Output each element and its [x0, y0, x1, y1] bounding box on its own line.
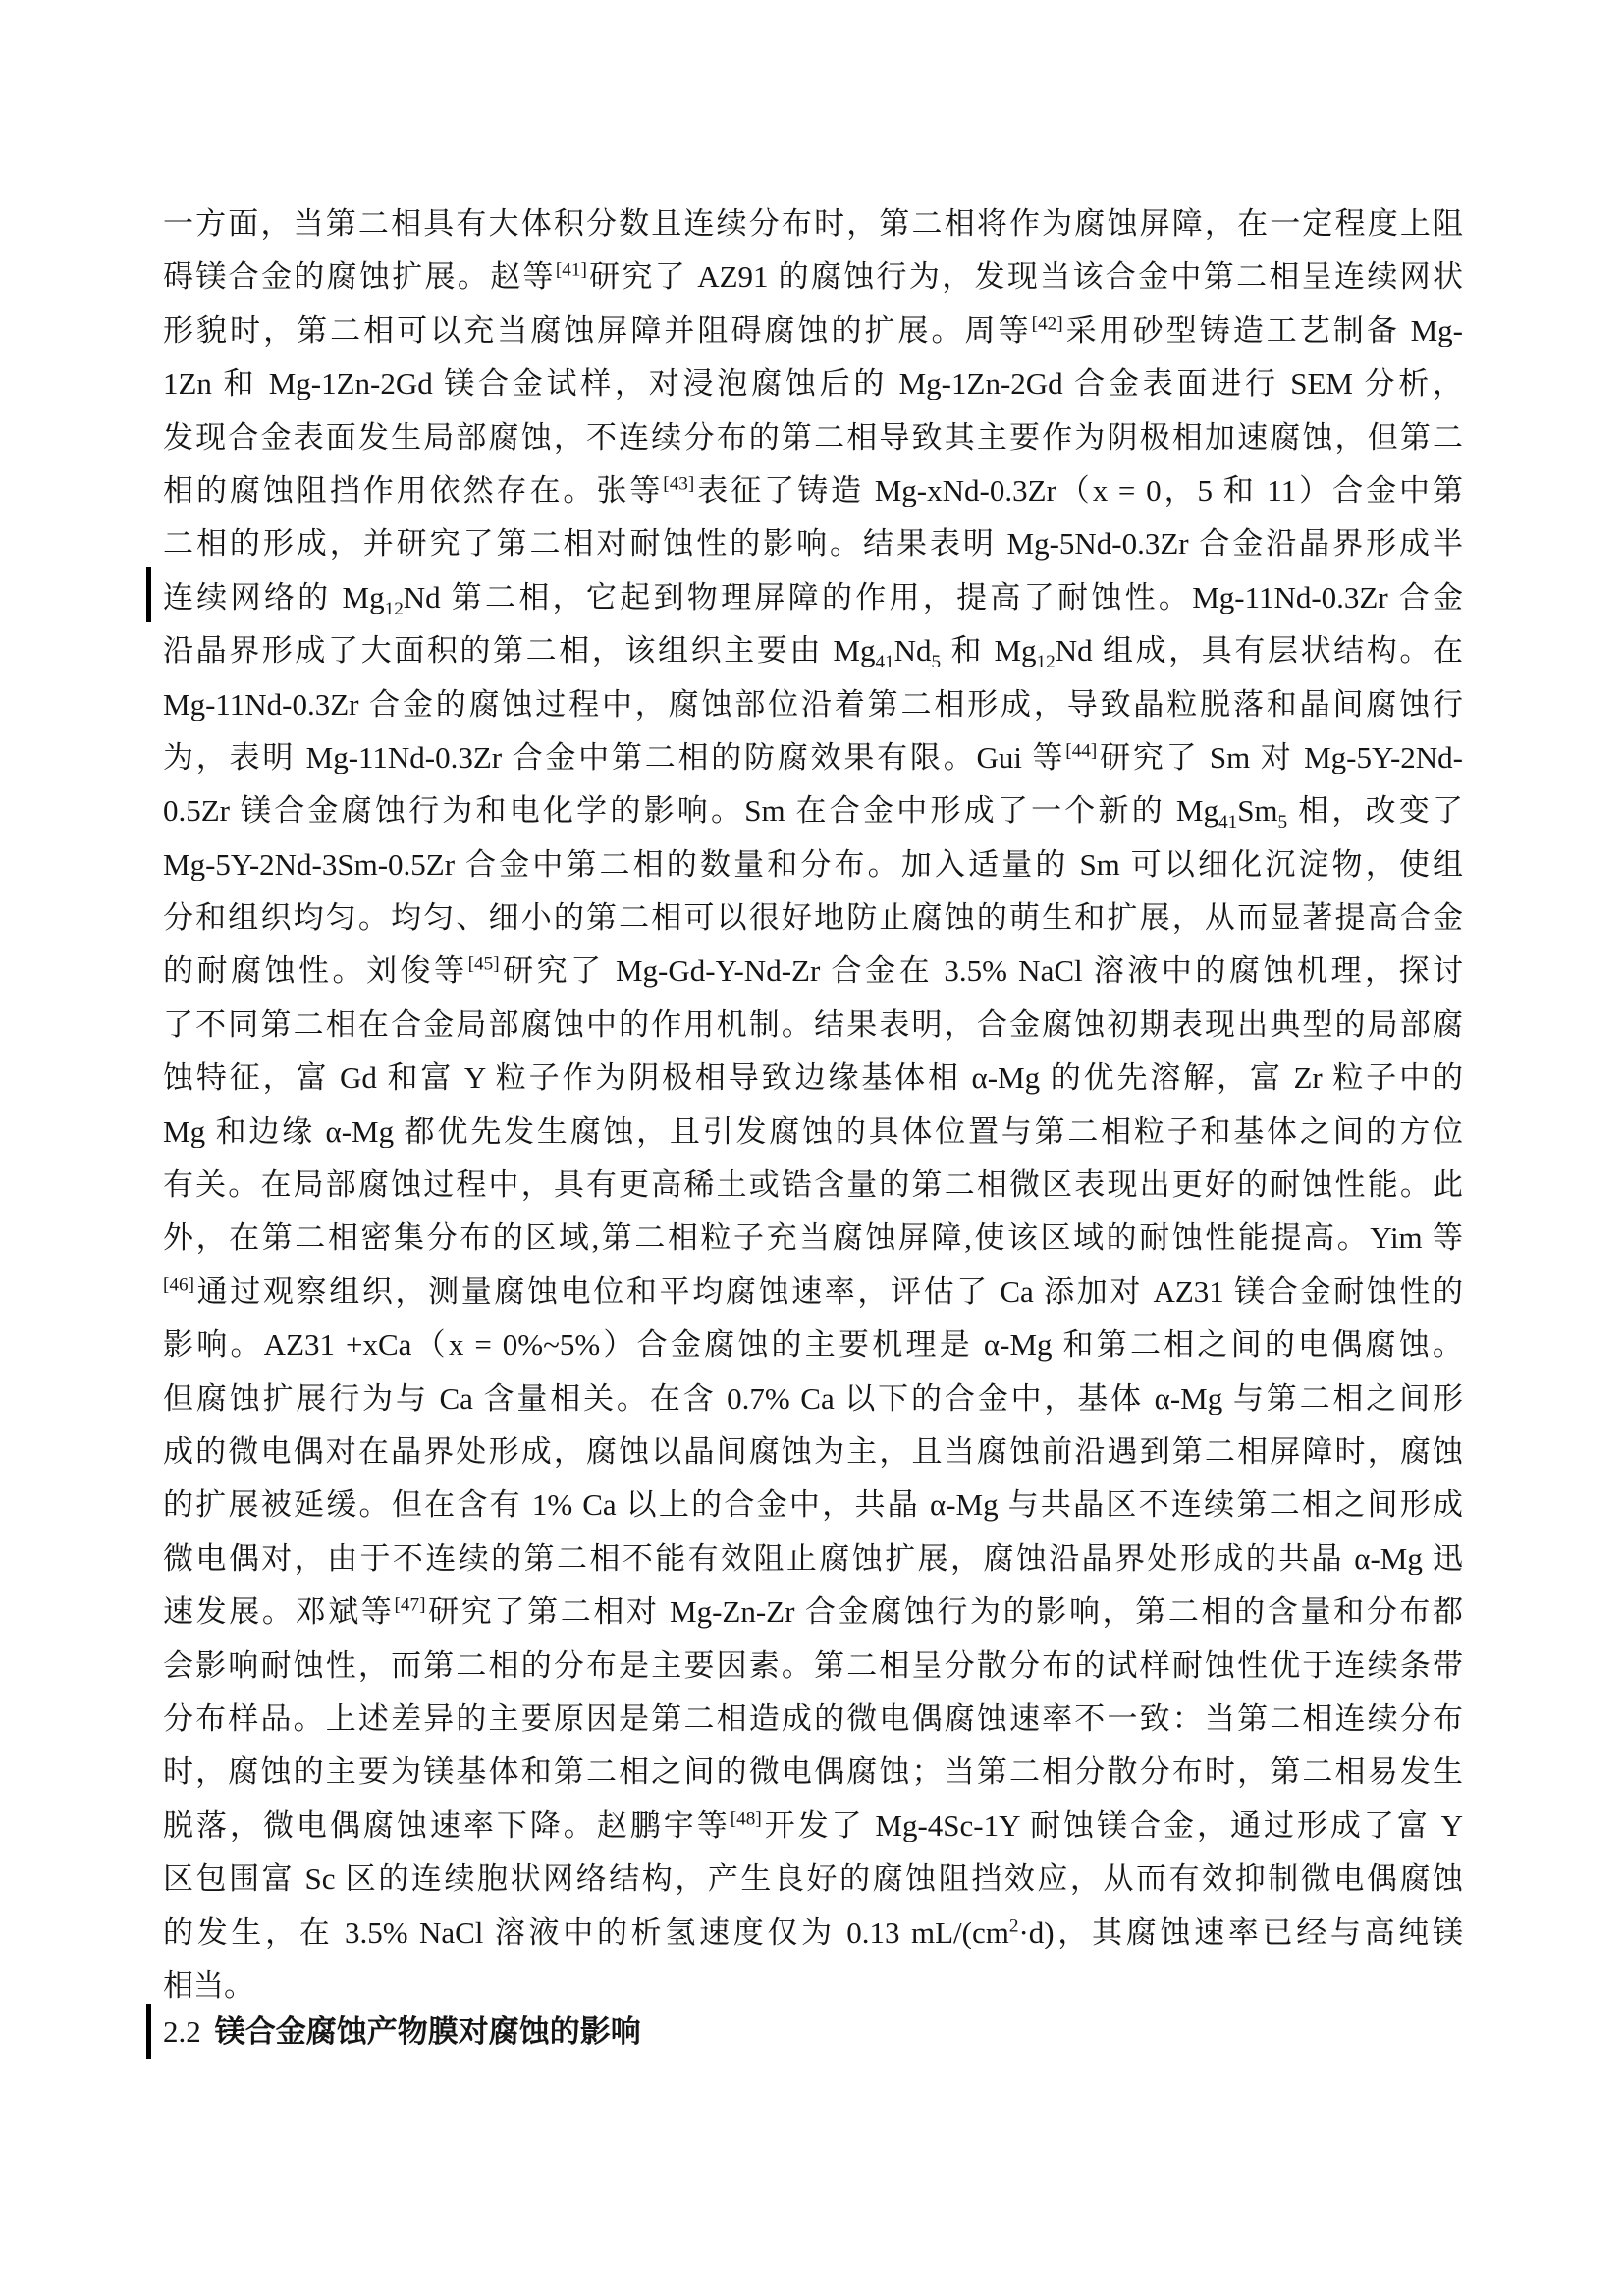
text-line: 连续网络的 Mg12Nd 第二相，它起到物理屏障的作用，提高了耐蚀性。Mg-11… [163, 571, 1463, 624]
text-line: 蚀特征，富 Gd 和富 Y 粒子作为阴极相导致边缘基体相 α-Mg 的优先溶解，… [163, 1051, 1463, 1104]
text-line: 速发展。邓斌等[47]研究了第二相对 Mg-Zn-Zr 合金腐蚀行为的影响，第二… [163, 1585, 1463, 1638]
text-line: 碍镁合金的腐蚀扩展。赵等[41]研究了 AZ91 的腐蚀行为，发现当该合金中第二… [163, 250, 1463, 303]
text-line: 0.5Zr 镁合金腐蚀行为和电化学的影响。Sm 在合金中形成了一个新的 Mg41… [163, 784, 1463, 837]
text-line: 但腐蚀扩展行为与 Ca 含量相关。在含 0.7% Ca 以下的合金中，基体 α-… [163, 1372, 1463, 1425]
text-line: 相的腐蚀阻挡作用依然存在。张等[43]表征了铸造 Mg-xNd-0.3Zr（x … [163, 464, 1463, 517]
text-line: 分和组织均匀。均匀、细小的第二相可以很好地防止腐蚀的萌生和扩展，从而显著提高合金 [163, 891, 1463, 944]
text-line: 影响。AZ31 +xCa（x = 0%~5%）合金腐蚀的主要机理是 α-Mg 和… [163, 1318, 1463, 1371]
text-line: 二相的形成，并研究了第二相对耐蚀性的影响。结果表明 Mg-5Nd-0.3Zr 合… [163, 517, 1463, 570]
text-line: [46]通过观察组织，测量腐蚀电位和平均腐蚀速率，评估了 Ca 添加对 AZ31… [163, 1265, 1463, 1318]
text-line: 的发生，在 3.5% NaCl 溶液中的析氢速度仅为 0.13 mL/(cm2·… [163, 1906, 1463, 1959]
text-line: 一方面，当第二相具有大体积分数且连续分布时，第二相将作为腐蚀屏障，在一定程度上阻 [163, 197, 1463, 250]
text-line: 沿晶界形成了大面积的第二相，该组织主要由 Mg41Nd5 和 Mg12Nd 组成… [163, 624, 1463, 677]
text-line: 1Zn 和 Mg-1Zn-2Gd 镁合金试样，对浸泡腐蚀后的 Mg-1Zn-2G… [163, 357, 1463, 410]
text-line: Mg-11Nd-0.3Zr 合金的腐蚀过程中，腐蚀部位沿着第二相形成，导致晶粒脱… [163, 678, 1463, 731]
text-line: 有关。在局部腐蚀过程中，具有更高稀土或锆含量的第二相微区表现出更好的耐蚀性能。此 [163, 1158, 1463, 1211]
text-line: Mg-5Y-2Nd-3Sm-0.5Zr 合金中第二相的数量和分布。加入适量的 S… [163, 838, 1463, 891]
text-line: 为，表明 Mg-11Nd-0.3Zr 合金中第二相的防腐效果有限。Gui 等[4… [163, 731, 1463, 784]
text-line: 分布样品。上述差异的主要原因是第二相造成的微电偶腐蚀速率不一致：当第二相连续分布 [163, 1692, 1463, 1745]
text-line: 成的微电偶对在晶界处形成，腐蚀以晶间腐蚀为主，且当腐蚀前沿遇到第二相屏障时，腐蚀 [163, 1425, 1463, 1478]
revision-mark [146, 567, 151, 622]
text-line: 外，在第二相密集分布的区域,第二相粒子充当腐蚀屏障,使该区域的耐蚀性能提高。Yi… [163, 1211, 1463, 1264]
text-line: 时，腐蚀的主要为镁基体和第二相之间的微电偶腐蚀；当第二相分散分布时，第二相易发生 [163, 1745, 1463, 1798]
text-line: 会影响耐蚀性，而第二相的分布是主要因素。第二相呈分散分布的试样耐蚀性优于连续条带 [163, 1639, 1463, 1692]
text-line: 形貌时，第二相可以充当腐蚀屏障并阻碍腐蚀的扩展。周等[42]采用砂型铸造工艺制备… [163, 304, 1463, 357]
text-line: Mg 和边缘 α-Mg 都优先发生腐蚀，且引发腐蚀的具体位置与第二相粒子和基体之… [163, 1105, 1463, 1158]
text-line: 的扩展被延缓。但在含有 1% Ca 以上的合金中，共晶 α-Mg 与共晶区不连续… [163, 1478, 1463, 1531]
section-number: 2.2 [163, 2014, 201, 2049]
text-line: 脱落，微电偶腐蚀速率下降。赵鹏宇等[48]开发了 Mg-4Sc-1Y 耐蚀镁合金… [163, 1799, 1463, 1852]
section-title: 镁合金腐蚀产物膜对腐蚀的影响 [215, 2014, 641, 2049]
text-line: 了不同第二相在合金局部腐蚀中的作用机制。结果表明，合金腐蚀初期表现出典型的局部腐 [163, 998, 1463, 1051]
body-text: 一方面，当第二相具有大体积分数且连续分布时，第二相将作为腐蚀屏障，在一定程度上阻… [163, 197, 1463, 2059]
section-heading: 2.2镁合金腐蚀产物膜对腐蚀的影响 [163, 2005, 1463, 2058]
text-line: 发现合金表面发生局部腐蚀，不连续分布的第二相导致其主要作为阴极相加速腐蚀，但第二 [163, 411, 1463, 464]
text-line: 区包围富 Sc 区的连续胞状网络结构，产生良好的腐蚀阻挡效应，从而有效抑制微电偶… [163, 1852, 1463, 1905]
revision-mark [146, 2004, 151, 2059]
text-line: 的耐腐蚀性。刘俊等[45]研究了 Mg-Gd-Y-Nd-Zr 合金在 3.5% … [163, 944, 1463, 997]
document-page: 一方面，当第二相具有大体积分数且连续分布时，第二相将作为腐蚀屏障，在一定程度上阻… [0, 0, 1624, 2296]
text-line: 微电偶对，由于不连续的第二相不能有效阻止腐蚀扩展，腐蚀沿晶界处形成的共晶 α-M… [163, 1532, 1463, 1585]
text-line: 相当。 [163, 1959, 1463, 2012]
